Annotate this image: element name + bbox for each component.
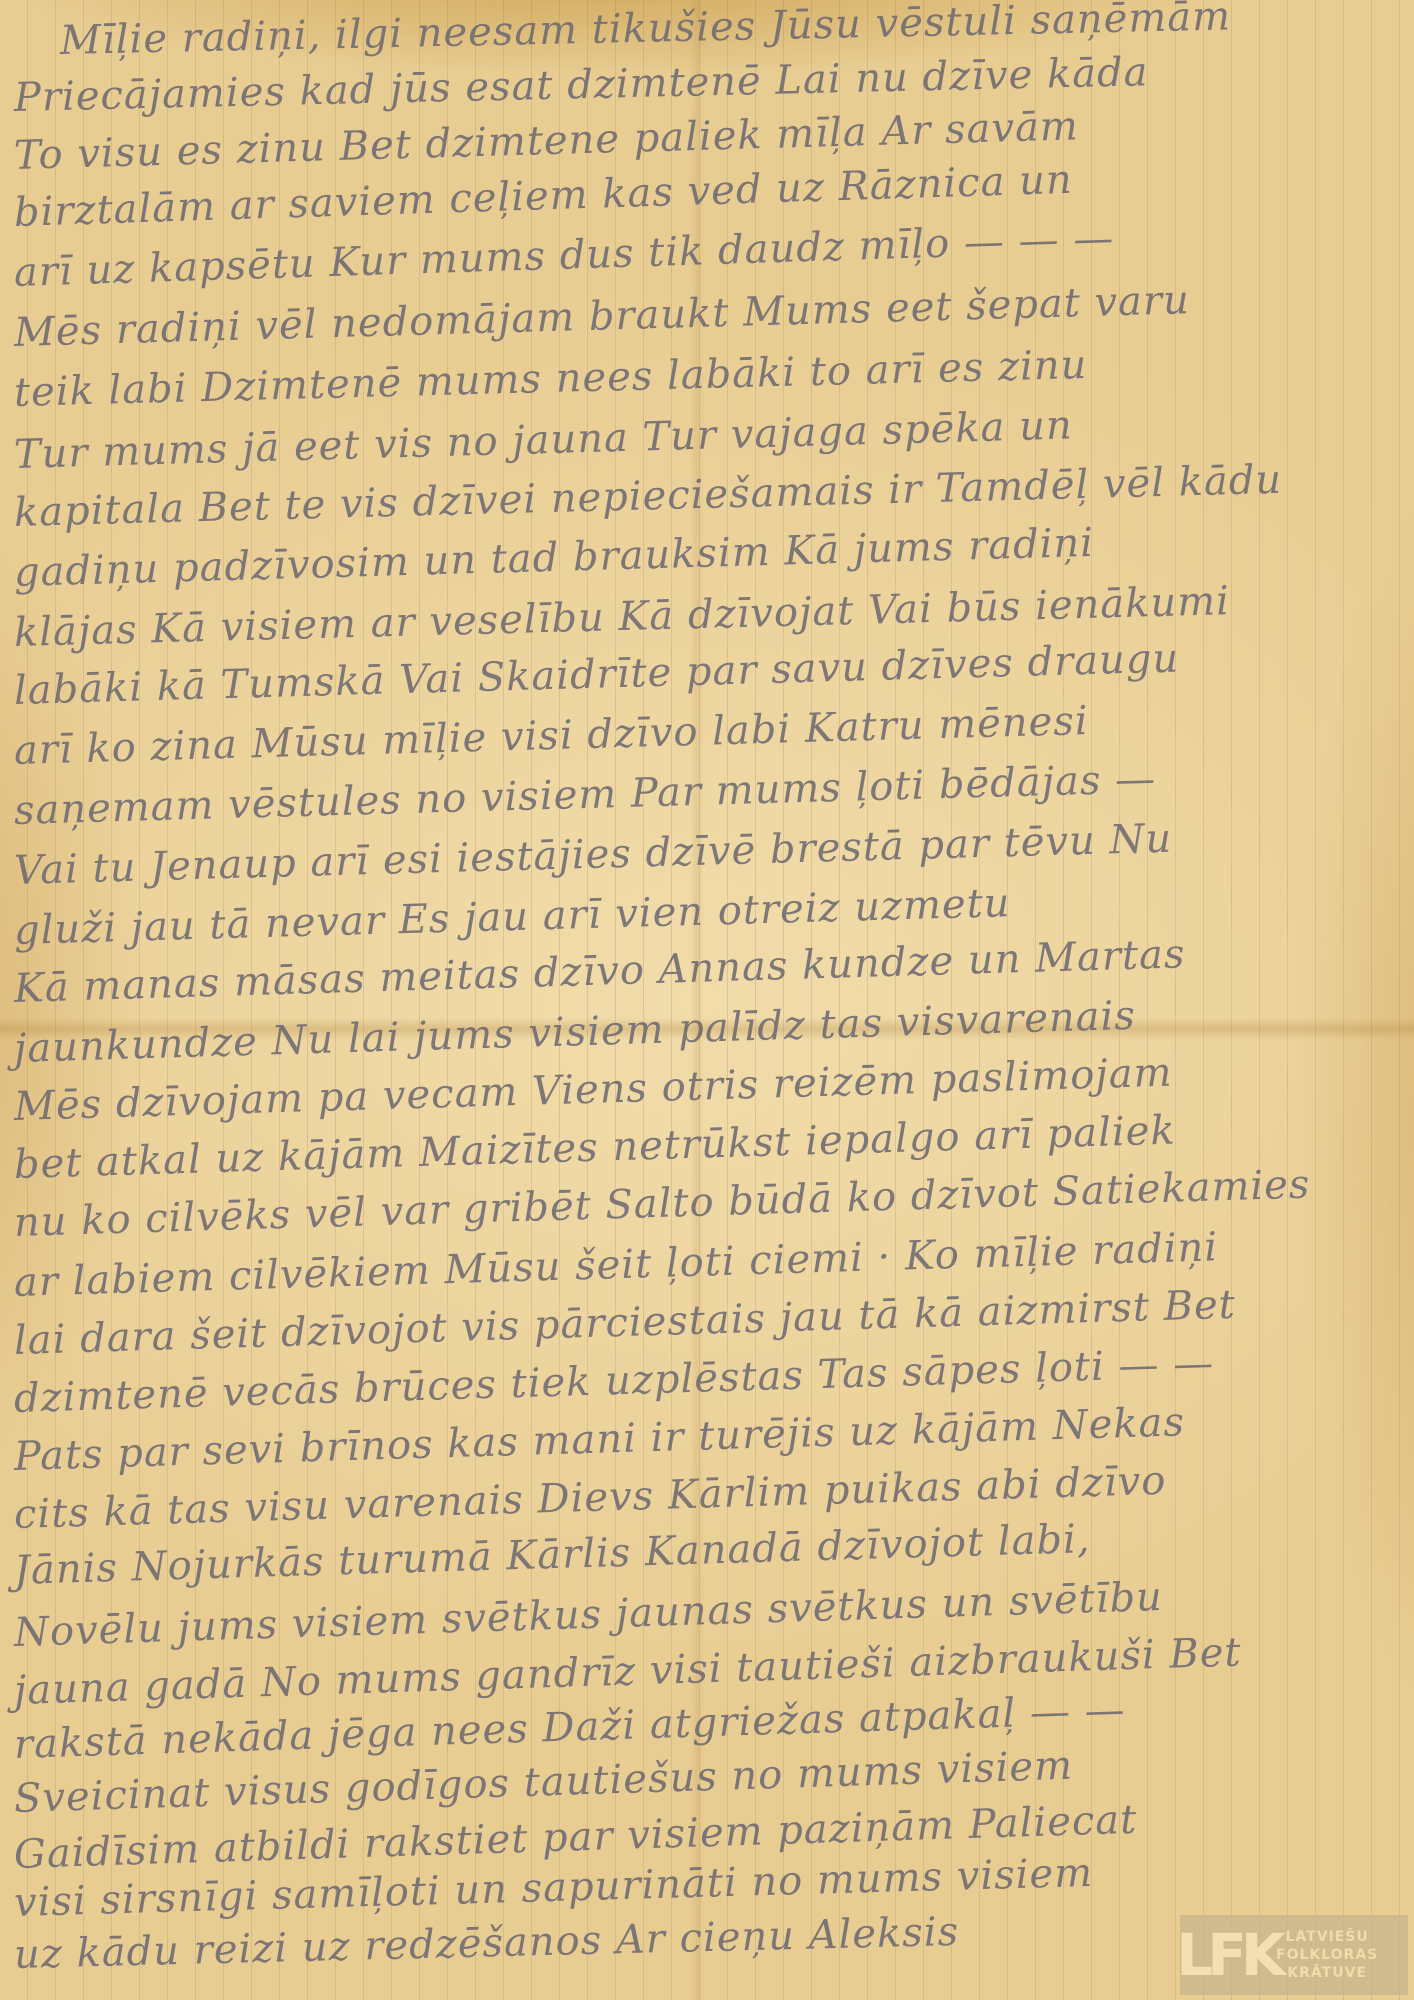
lfk-logo-icon: LFK	[1180, 1915, 1276, 1995]
watermark-text: LATVIEŠU FOLKLORAS KRĀTUVE	[1276, 1928, 1378, 1982]
letter-line: teik labi Dzimtenē mums nees labāki to a…	[13, 342, 1088, 416]
watermark-line-3: KRĀTUVE	[1287, 1964, 1367, 1982]
watermark-line-2: FOLKLORAS	[1276, 1946, 1378, 1964]
handwritten-letter: Mīļie radiņi, ilgi neesam tikušies Jūsu …	[0, 0, 1414, 2000]
watermark-line-1: LATVIEŠU	[1285, 1928, 1368, 1946]
archive-watermark: LFK LATVIEŠU FOLKLORAS KRĀTUVE	[1180, 1915, 1408, 1995]
